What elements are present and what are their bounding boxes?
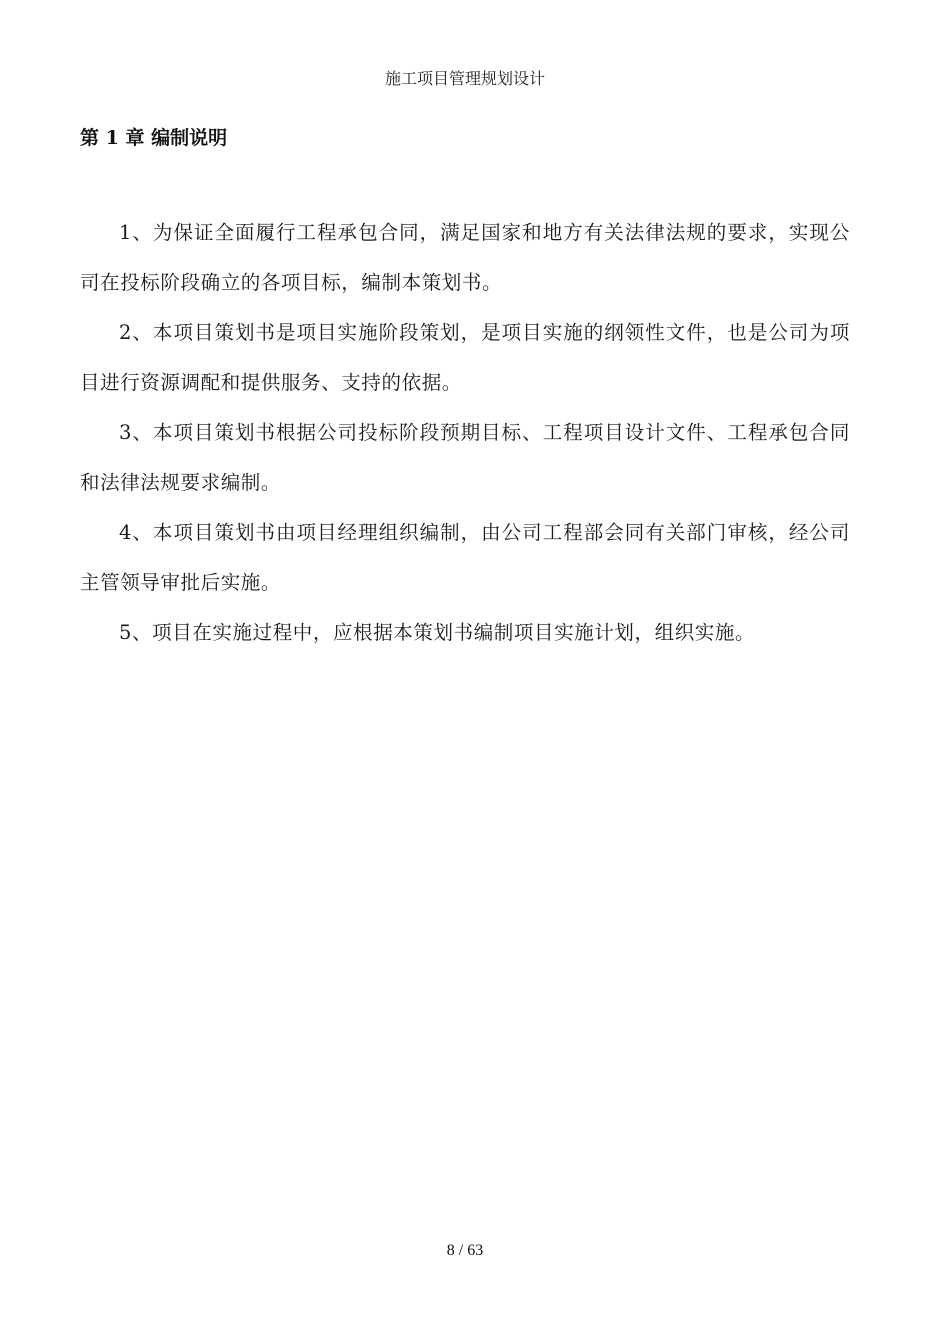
paragraph-5: 5、项目在实施过程中，应根据本策划书编制项目实施计划，组织实施。: [80, 608, 850, 658]
document-body: 1、为保证全面履行工程承包合同，满足国家和地方有关法律法规的要求，实现公司在投标…: [80, 208, 850, 658]
paragraph-3: 3、本项目策划书根据公司投标阶段预期目标、工程项目设计文件、工程承包合同和法律法…: [80, 408, 850, 508]
paragraph-2: 2、本项目策划书是项目实施阶段策划，是项目实施的纲领性文件，也是公司为项目进行资…: [80, 308, 850, 408]
page-number: 8 / 63: [0, 1242, 930, 1260]
paragraph-1: 1、为保证全面履行工程承包合同，满足国家和地方有关法律法规的要求，实现公司在投标…: [80, 208, 850, 308]
paragraph-4: 4、本项目策划书由项目经理组织编制，由公司工程部会同有关部门审核，经公司主管领导…: [80, 508, 850, 608]
chapter-heading: 第 1 章 编制说明: [80, 123, 227, 150]
page-header-title: 施工项目管理规划设计: [0, 66, 930, 89]
